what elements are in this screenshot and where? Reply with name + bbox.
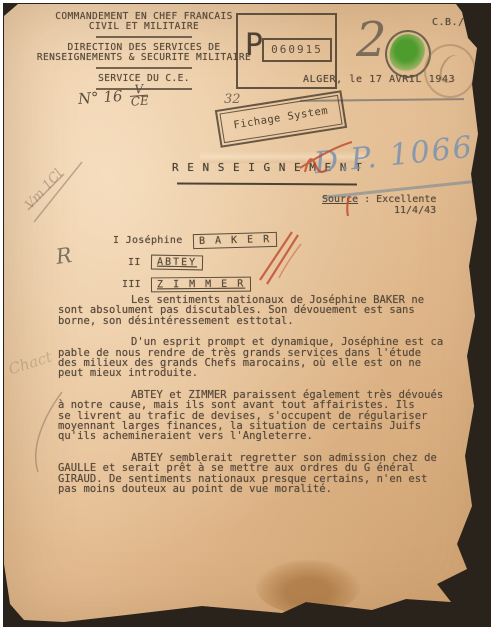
red-crayon-faint-arc (279, 244, 301, 278)
letterhead-divider (96, 36, 192, 38)
title-underline (177, 183, 357, 186)
marginalia-mid-left: Chact (6, 348, 54, 379)
reference-fraction-bottom: CE (130, 96, 149, 108)
subject-prefix: Joséphine (126, 235, 183, 246)
paragraph: ABTEY semblerait regretter son admission… (58, 453, 462, 495)
subject-numeral: II (128, 257, 141, 268)
p-stamp-number: 060915 (262, 38, 332, 62)
subject-row: I Joséphine B A K E R (113, 233, 277, 248)
letterhead: COMMANDEMENT EN CHEF FRANCAIS CIVIL ET M… (32, 12, 256, 95)
subject-name-boxed: ABTEY (151, 255, 203, 271)
source-block: Source : Excellente 11/4/43 (322, 194, 436, 216)
dateline: ALGER, le 17 AVRIL 1943 (303, 74, 455, 85)
letterhead-line-2: CIVIL ET MILITAIRE (32, 22, 256, 32)
pencil-mark-2: 2 (356, 16, 387, 64)
paragraph: Les sentiments nationaux de Joséphine BA… (58, 295, 462, 326)
paragraph: D'un esprit prompt et dynamique, Joséphi… (58, 337, 462, 379)
letterhead-line-5: SERVICE DU C.E. (32, 74, 256, 84)
handwritten-reference-number: N° 16VCE (77, 84, 149, 112)
paragraph: ABTEY et ZIMMER paraissent également trè… (58, 390, 462, 442)
source-value: : Excellente (358, 194, 436, 205)
source-line: Source : Excellente (322, 194, 436, 205)
source-label: Source (322, 194, 358, 205)
subject-name-boxed: B A K E R (193, 232, 278, 249)
dp-file-number-handwritten: D.P. 1066 (313, 130, 476, 182)
scanned-document-page: COMMANDEMENT EN CHEF FRANCAIS CIVIL ET M… (0, 0, 494, 634)
subject-row: II ABTEY (128, 255, 203, 270)
report-body: Les sentiments nationaux de Joséphine BA… (58, 295, 462, 506)
document-paper: COMMANDEMENT EN CHEF FRANCAIS CIVIL ET M… (4, 4, 490, 626)
subject-row: III Z I M M E R (122, 277, 252, 292)
marginalia-r-mark: R (54, 243, 73, 269)
reference-fraction: VCE (130, 84, 150, 108)
subject-numeral: III (122, 279, 141, 290)
pencil-mark-32: 32 (224, 92, 241, 107)
subject-name-boxed: Z I M M E R (151, 277, 251, 293)
letterhead-divider (96, 67, 192, 69)
letterhead-line-4: RENSEIGNEMENTS & SECURITE MILITAIRE (32, 53, 256, 63)
reference-number: N° 16 (77, 87, 123, 108)
source-date: 11/4/43 (322, 205, 436, 216)
subject-numeral: I (113, 235, 119, 246)
p-stamp-letter: P (245, 31, 263, 61)
marginalia-top-left: Vm 1Cl (22, 167, 65, 213)
